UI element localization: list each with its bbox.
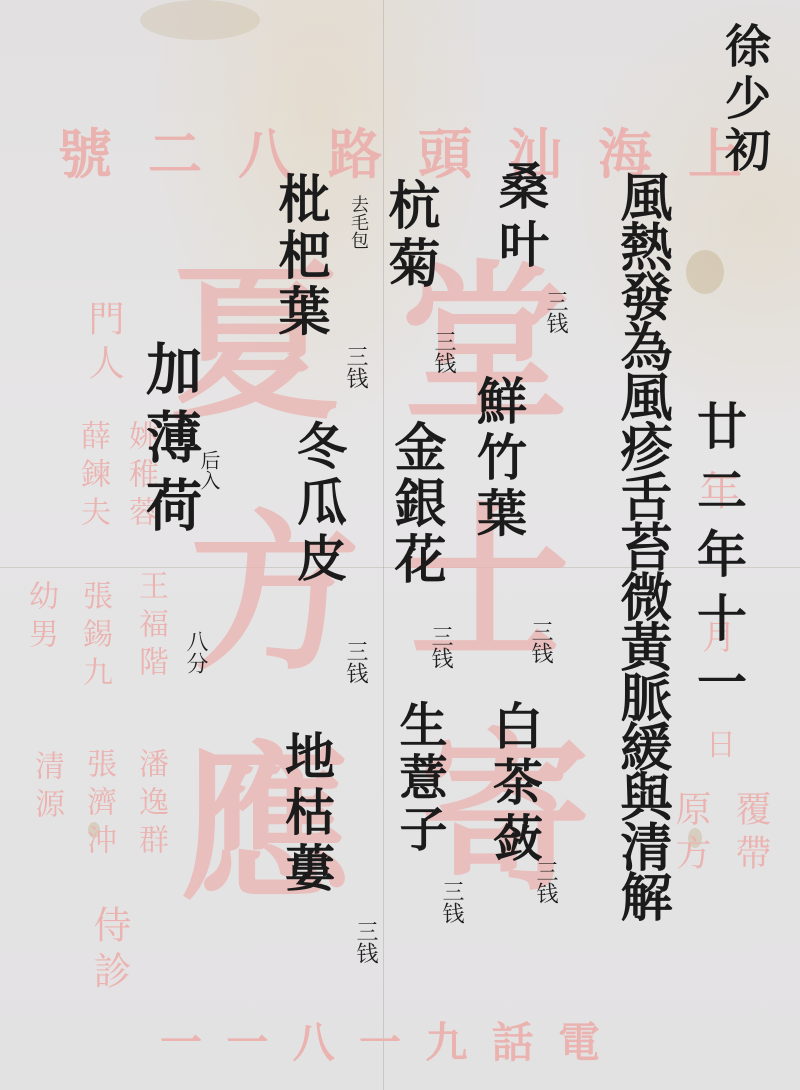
- letterhead-char: 號: [50, 112, 120, 189]
- herb-name: 生薏子: [385, 700, 454, 856]
- letterhead-attending-label: 侍診: [82, 905, 137, 997]
- herb-name: 鮮竹葉: [462, 375, 534, 543]
- herb-dose: 三钱: [340, 345, 371, 389]
- herb-dose: 三钱: [428, 330, 459, 374]
- herb-dose: 三钱: [530, 860, 561, 904]
- letterhead-disciple-name: 張錫九: [72, 580, 116, 694]
- herb-dose: 三钱: [350, 920, 381, 964]
- herb-name: 地枯蔞: [270, 730, 342, 898]
- herb-dose: 三钱: [540, 290, 571, 334]
- letterhead-disciple-name: 幼男: [18, 580, 62, 656]
- prescription-document: 上 海 汕 頭 路 八 二 號 夏 堂 方 士 應 寄 年 月 日 覆帶 原方 …: [0, 0, 800, 1090]
- addendum-herb: 加薄荷: [130, 340, 210, 544]
- letterhead-day-label: 日: [706, 720, 736, 764]
- letterhead-disciple-name: 清源: [24, 750, 68, 826]
- herb-name: 桑叶: [484, 160, 556, 276]
- herb-name: 杭菊: [372, 178, 447, 294]
- addendum-dose: 八分: [180, 630, 211, 674]
- herb-name: 白茶蔹: [478, 700, 550, 868]
- paper-stain: [686, 250, 724, 294]
- herb-dose: 三钱: [436, 880, 467, 924]
- letterhead-disciple-name: 薛鍊夫: [70, 420, 114, 534]
- herb-name: 金銀花: [378, 420, 453, 588]
- herb-dose: 三钱: [525, 620, 556, 664]
- letterhead-disciple-name: 王福階: [128, 570, 172, 684]
- letterhead-phone: 電 話 九 一 八 一 一: [160, 1010, 600, 1070]
- patient-name: 徐少初: [712, 22, 778, 178]
- letterhead-disciple-name: 張濟沖: [76, 748, 120, 862]
- prescription-date: 廿二年十一: [682, 400, 754, 720]
- addendum-note: 后入: [195, 450, 224, 490]
- letterhead-disciples-heading: 門人: [78, 300, 129, 388]
- letterhead-disciple-name: 潘逸群: [128, 748, 172, 862]
- paper-stain: [140, 0, 260, 40]
- herb-dose: 三钱: [340, 640, 371, 684]
- letterhead-reply-label: 覆帶: [725, 790, 776, 878]
- herb-name: 枇杷葉: [262, 172, 337, 340]
- letterhead-char: 二: [140, 112, 210, 189]
- herb-name: 冬瓜皮: [282, 420, 354, 588]
- diagnosis-text: 風熱發為風疹舌苔微黃脈緩與清解: [604, 170, 679, 920]
- herb-note: 去毛包: [345, 195, 371, 249]
- herb-dose: 三钱: [425, 625, 456, 669]
